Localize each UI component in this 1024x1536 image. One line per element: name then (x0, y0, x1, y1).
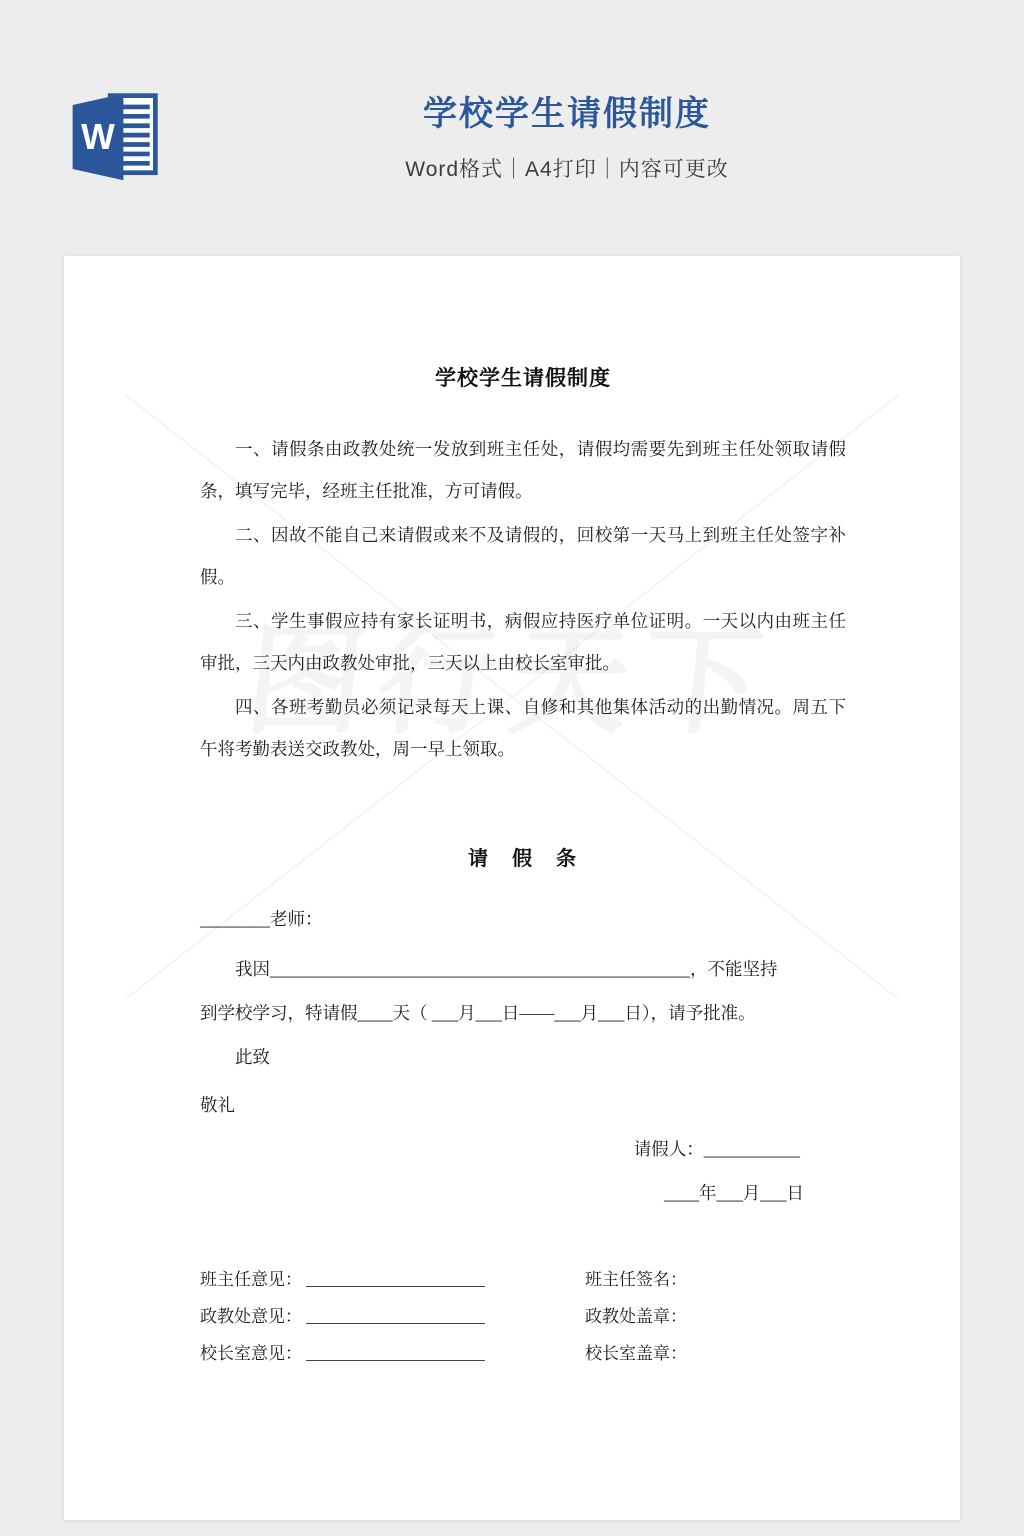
policy-paragraphs: 一、请假条由政教处统一发放到班主任处，请假均需要先到班主任处领取请假条，填写完毕… (200, 428, 846, 770)
date-blank-line: ____年___月___日 (200, 1171, 846, 1215)
regards-line: 敬礼 (200, 1083, 846, 1127)
policy-paragraph-4: 四、各班考勤员必须记录每天上课、自修和其他集体活动的出勤情况。周五下午将考勤表送… (200, 686, 846, 770)
duration-blank-line: 到学校学习，特请假____天（ ___月___日——___月___日），请予批准… (200, 991, 846, 1035)
policy-paragraph-2: 二、因故不能自己来请假或来不及请假的，回校第一天马上到班主任处签字补假。 (200, 514, 846, 598)
signer-blank-line: 请假人：___________ (200, 1127, 846, 1171)
approval-row-moral-office: 政教处意见： _____________________ 政教处盖章： (200, 1298, 846, 1335)
page-title: 学校学生请假制度 (110, 94, 1024, 135)
page-subtitle: Word格式｜A4打印｜内容可更改 (110, 153, 1024, 183)
document-page: 图行天下 学校学生请假制度 一、请假条由政教处统一发放到班主任处，请假均需要先到… (64, 256, 960, 1520)
principal-office-opinion-blank: 校长室意见： _____________________ (200, 1335, 585, 1372)
teacher-blank-line: ________老师： (200, 897, 846, 941)
headteacher-opinion-blank: 班主任意见： _____________________ (200, 1261, 585, 1298)
approval-row-principal-office: 校长室意见： _____________________ 校长室盖章： (200, 1335, 846, 1372)
moral-office-opinion-blank: 政教处意见： _____________________ (200, 1298, 585, 1335)
approval-section: 班主任意见： _____________________ 班主任签名： 政教处意… (200, 1261, 846, 1372)
doc-title: 学校学生请假制度 (200, 362, 846, 392)
approval-row-headteacher: 班主任意见： _____________________ 班主任签名： (200, 1261, 846, 1298)
salute-line: 此致 (200, 1035, 846, 1079)
headteacher-signature-label: 班主任签名： (585, 1261, 846, 1298)
policy-paragraph-1: 一、请假条由政教处统一发放到班主任处，请假均需要先到班主任处领取请假条，填写完毕… (200, 428, 846, 512)
template-header: W 学校学生请假制度 Word格式｜A4打印｜内容可更改 (0, 0, 1024, 256)
principal-office-seal-label: 校长室盖章： (585, 1335, 846, 1372)
reason-blank-line: 我因______________________________________… (200, 947, 846, 991)
moral-office-seal-label: 政教处盖章： (585, 1298, 846, 1335)
policy-paragraph-3: 三、学生事假应持有家长证明书，病假应持医疗单位证明。一天以内由班主任审批，三天内… (200, 600, 846, 684)
document-body: 学校学生请假制度 一、请假条由政教处统一发放到班主任处，请假均需要先到班主任处领… (64, 362, 960, 1372)
leave-slip-heading: 请 假 条 (200, 842, 846, 871)
